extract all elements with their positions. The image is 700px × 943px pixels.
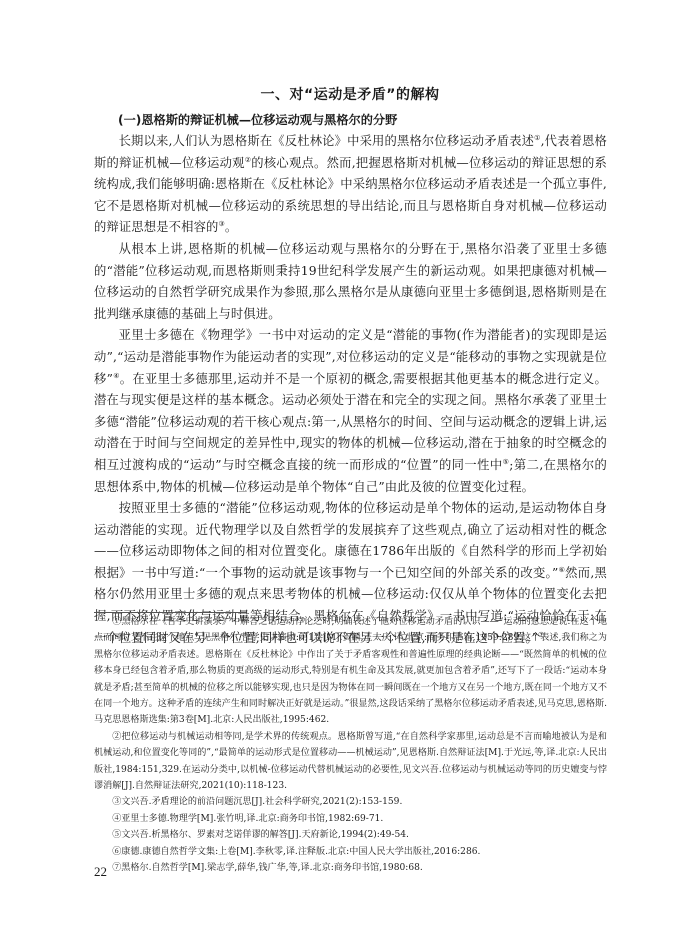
footnote-1: ①黑格尔在《哲学史讲演录》中解答芝诺运动悖论之时,明确表述了他对位移运动矛盾的认… (94, 614, 607, 729)
footnote-ref[interactable]: ④ (113, 372, 120, 380)
paragraph-1: 长期以来,人们认为恩格斯在《反杜林论》中采用的黑格尔位移运动矛盾表述①,代表着恩… (94, 131, 607, 239)
footnote-7: ⑦黑格尔.自然哲学[M].梁志学,薛华,钱广华,等,译.北京:商务印书馆,198… (94, 860, 607, 876)
document-page: 一、对“运动是矛盾”的解构 (一)恩格斯的辩证机械—位移运动观与黑格尔的分野 长… (0, 0, 700, 943)
footnote-6: ⑥康德.康德自然哲学文集:上卷[M].李秋零,译.注释版.北京:中国人民大学出版… (94, 844, 607, 860)
body-text: 长期以来,人们认为恩格斯在《反杜林论》中采用的黑格尔位移运动矛盾表述①,代表着恩… (94, 131, 607, 649)
paragraph-3: 亚里士多德在《物理学》一书中对运动的定义是“潜能的事物(作为潜能者)的实现即是运… (94, 325, 607, 498)
footnote-3: ③文兴吾.矛盾理论的前沿问题沉思[J].社会科学研究,2021(2):153-1… (94, 794, 607, 810)
footnotes: ①黑格尔在《哲学史讲演录》中解答芝诺运动悖论之时,明确表述了他对位移运动矛盾的认… (94, 614, 607, 877)
page-number: 22 (94, 864, 107, 880)
footnote-5: ⑤文兴吾.析黑格尔、罗素对芝诺佯谬的解答[J].天府新论,1994(2):49-… (94, 827, 607, 843)
section-heading: 一、对“运动是矛盾”的解构 (94, 86, 606, 104)
footnote-2: ②把位移运动与机械运动相等同,是学术界的传统观点。恩格斯曾写道,“在自然科学家那… (94, 729, 607, 795)
subsection-heading: (一)恩格斯的辩证机械—位移运动观与黑格尔的分野 (118, 111, 397, 129)
footnote-separator (94, 612, 246, 613)
paragraph-2: 从根本上讲,恩格斯的机械—位移运动观与黑格尔的分野在于,黑格尔沿袭了亚里士多德的… (94, 239, 607, 325)
footnote-4: ④亚里士多德.物理学[M].张竹明,译.北京:商务印书馆,1982:69-71. (94, 811, 607, 827)
